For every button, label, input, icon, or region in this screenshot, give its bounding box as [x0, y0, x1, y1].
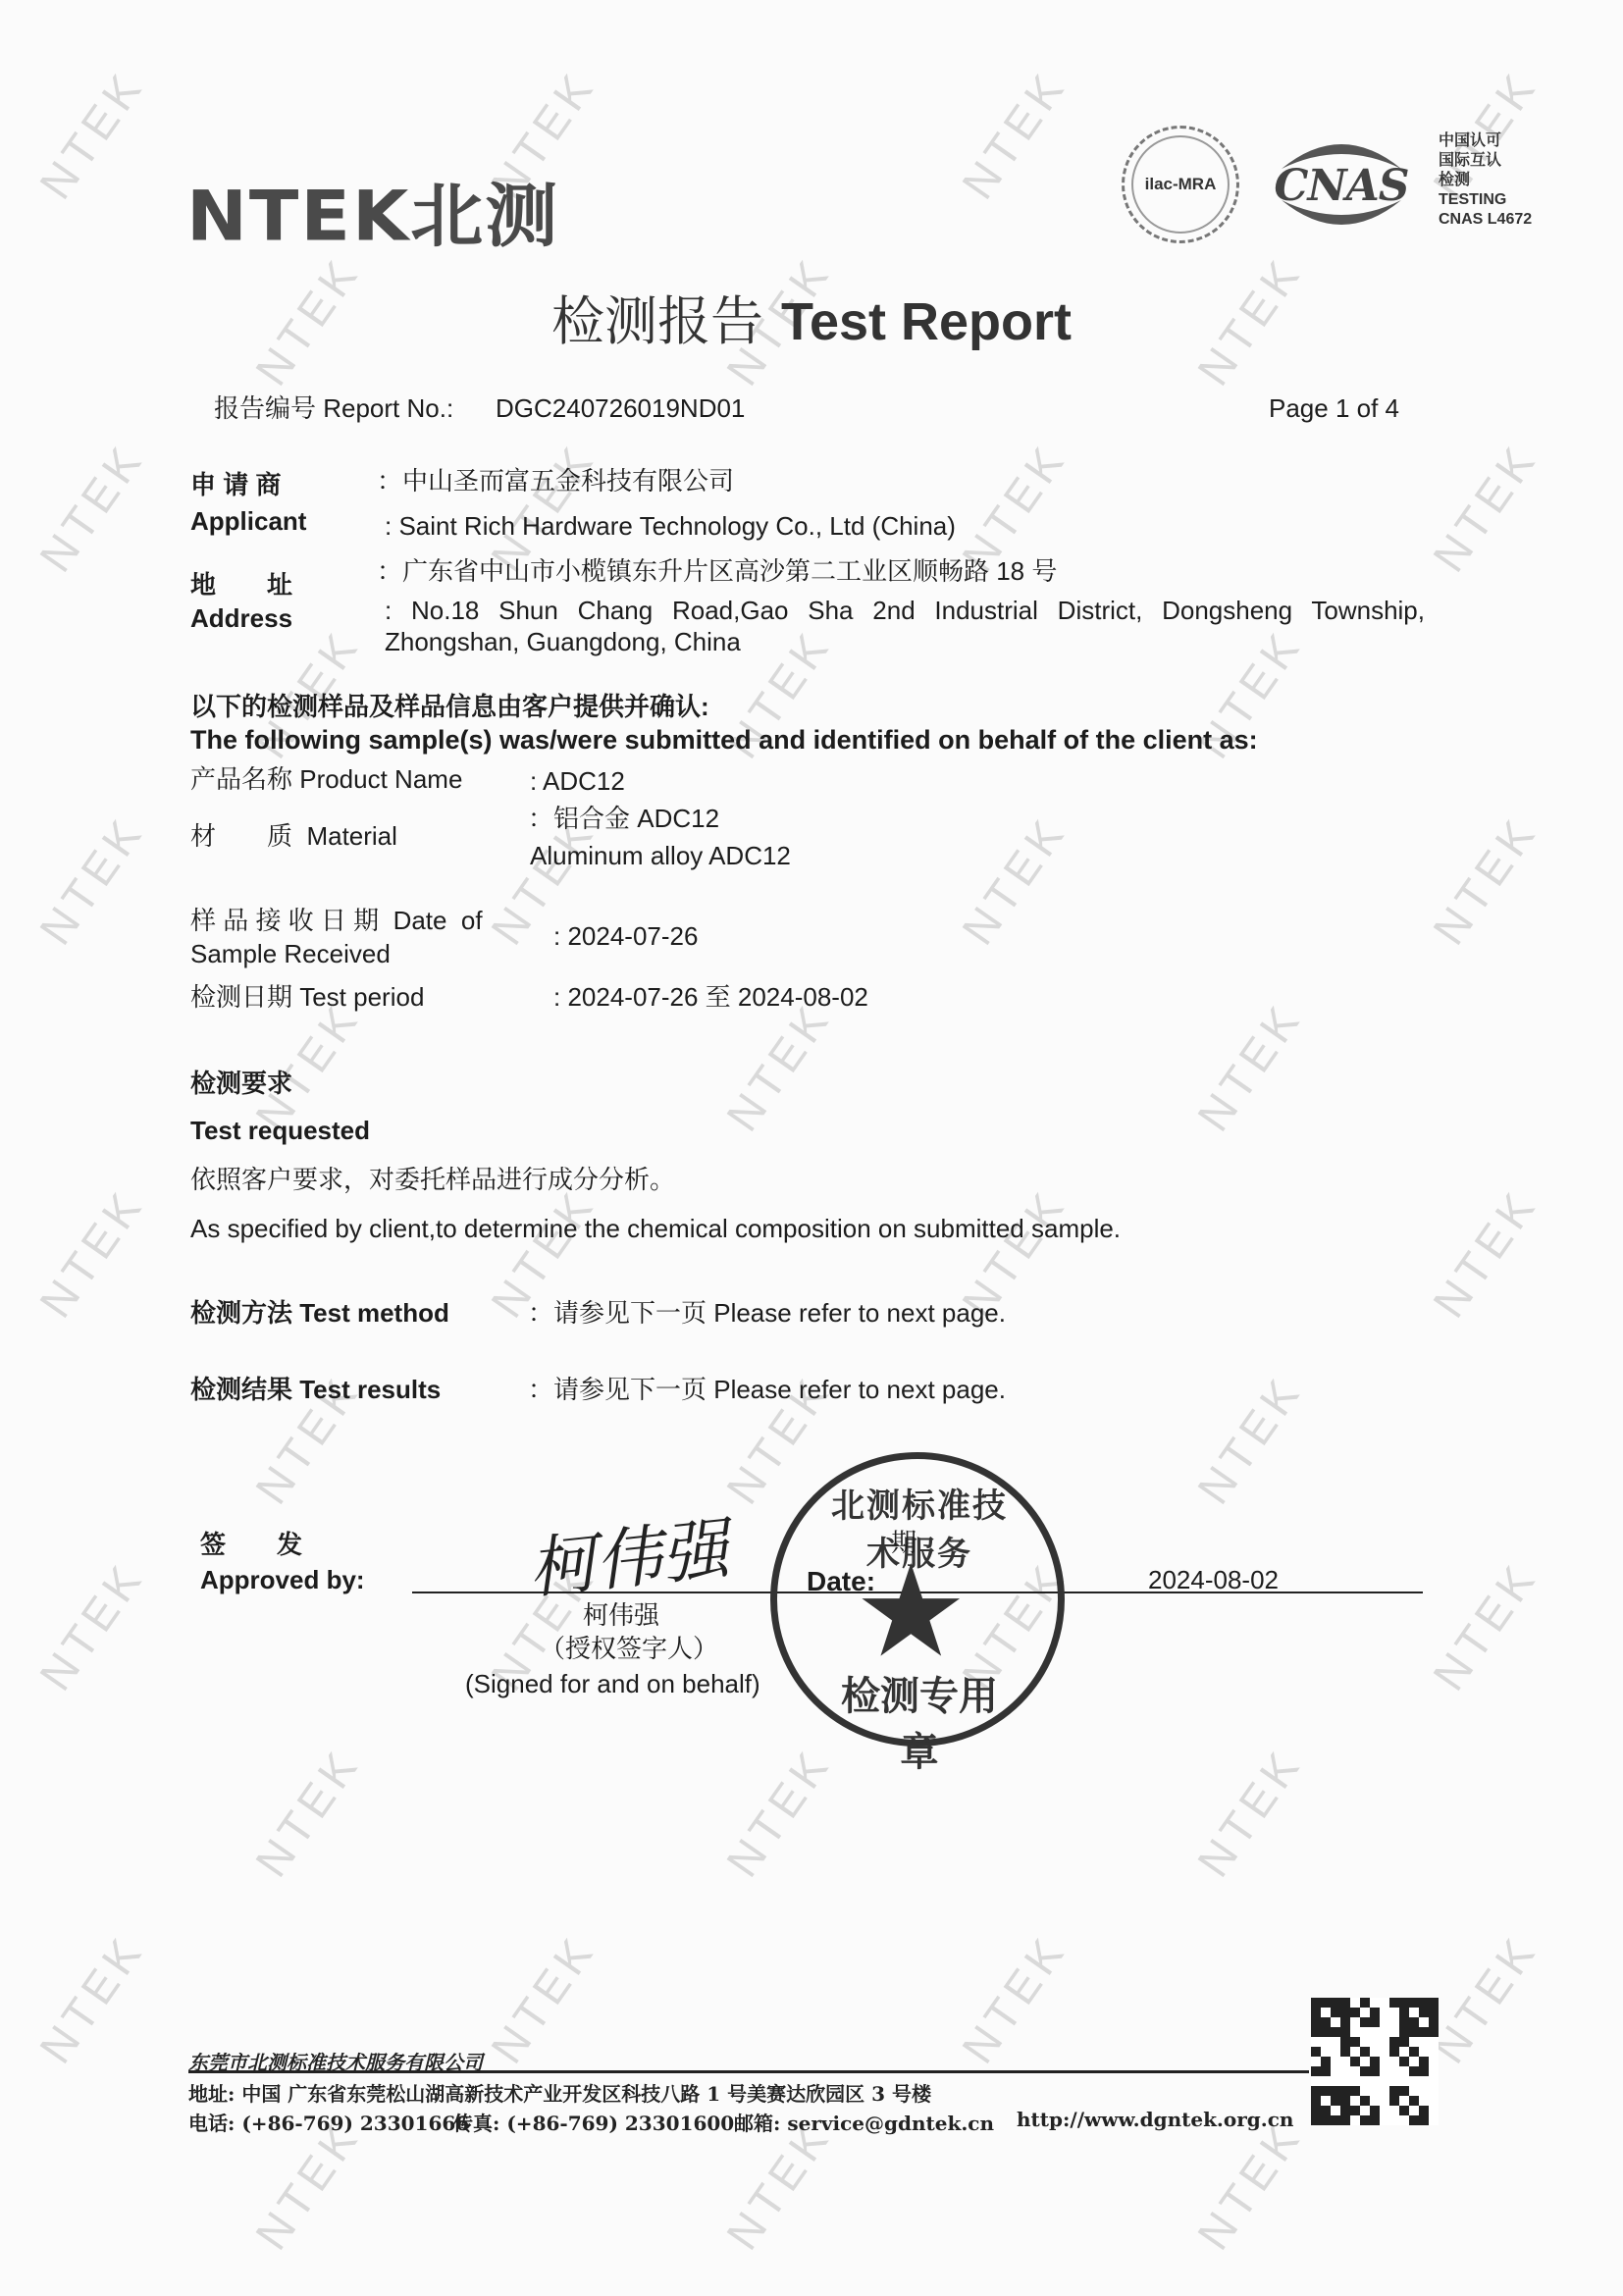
title-en: Test Report [781, 292, 1072, 351]
cnas-logo: CNAS [1272, 130, 1411, 237]
watermark-text: NTEK [28, 1178, 154, 1327]
watermark-text: NTEK [1422, 1178, 1547, 1327]
approved-label-cn: 签 发 [200, 1529, 302, 1560]
footer-email[interactable]: 邮箱: service@gdntek.cn [734, 2108, 994, 2136]
cnas-line: 国际互认 [1439, 151, 1532, 171]
approval-date: 2024-08-02 [1148, 1564, 1279, 1595]
cnas-line: 中国认可 [1439, 131, 1532, 151]
watermark-text: NTEK [951, 1924, 1076, 2072]
cnas-line: 检测 [1439, 171, 1532, 190]
watermark-text: NTEK [28, 60, 154, 208]
watermark-text: NTEK [715, 992, 841, 1140]
test-requested-label-cn: 检测要求 [190, 1068, 292, 1099]
address-label-en: Address [190, 602, 292, 634]
watermark-text: NTEK [1186, 2111, 1312, 2259]
watermark-text: NTEK [1422, 806, 1547, 954]
date-received-label-line2: Sample Received [190, 938, 391, 969]
product-name-value: : ADC12 [530, 765, 625, 797]
footer-website-link[interactable]: http://www.dgntek.org.cn [1017, 2108, 1293, 2131]
address-label-cn: 地 址 [190, 569, 292, 600]
report-number: DGC240726019ND01 [496, 392, 745, 424]
test-period-label: 检测日期 Test period [190, 981, 424, 1013]
watermark-text: NTEK [1186, 992, 1312, 1140]
watermark-text: NTEK [28, 806, 154, 954]
date-label-en: Date: [807, 1566, 875, 1597]
date-label-cn: 期 [891, 1527, 916, 1558]
approved-label-en: Approved by: [200, 1564, 365, 1595]
watermark-text: NTEK [1186, 1738, 1312, 1886]
test-requested-value-cn: 依照客户要求，对委托样品进行成分分析。 [190, 1164, 675, 1195]
test-requested-label-en: Test requested [190, 1115, 370, 1146]
watermark-text: NTEK [1422, 433, 1547, 581]
signer-role: （授权签字人） [540, 1633, 718, 1664]
test-period-value: : 2024-07-26 至 2024-08-02 [553, 981, 868, 1013]
material-value-en: Aluminum alloy ADC12 [530, 840, 791, 871]
footer-email-text[interactable]: 邮箱: service@gdntek.cn [734, 2112, 994, 2135]
cnas-line: TESTING [1439, 190, 1532, 210]
title-cn: 检测报告 [551, 290, 763, 352]
watermark-text: NTEK [480, 1924, 605, 2072]
address-value-cn: ：广东省中山市小榄镇东升片区高沙第二工业区顺畅路 18 号 [377, 555, 1057, 587]
sample-intro-en: The following sample(s) was/were submitt… [190, 724, 1258, 756]
report-number-label: 报告编号 Report No.: [214, 392, 453, 424]
watermark-text: NTEK [28, 1551, 154, 1699]
sample-intro-cn: 以下的检测样品及样品信息由客户提供并确认: [190, 691, 709, 722]
footer-fax: 传真: (+86-769) 23301600 [453, 2108, 734, 2136]
date-received-value: : 2024-07-26 [553, 920, 698, 952]
cnas-accreditation-text: 中国认可 国际互认 检测 TESTING CNAS L4672 [1439, 131, 1532, 230]
watermark-text: NTEK [28, 1924, 154, 2072]
watermark-text: NTEK [1422, 1551, 1547, 1699]
material-value-cn: ：铝合金 ADC12 [528, 803, 719, 834]
date-received-label-line1: 样 品 接 收 日 期 Date of [190, 905, 483, 936]
watermark-text: NTEK [28, 433, 154, 581]
product-name-label: 产品名称 Product Name [190, 763, 462, 795]
seal-bottom-text: 检测专用章 [826, 1665, 1013, 1777]
watermark-text: NTEK [715, 1738, 841, 1886]
test-requested-value-en: As specified by client,to determine the … [190, 1213, 1121, 1244]
test-results-value: ：请参见下一页 Please refer to next page. [528, 1374, 1006, 1405]
page-title: 检测报告Test Report [0, 280, 1623, 355]
qr-code [1311, 1998, 1439, 2125]
applicant-label-cn: 申 请 商 [190, 469, 281, 500]
signer-name: 柯伟强 [583, 1599, 659, 1631]
watermark-text: NTEK [951, 60, 1076, 208]
applicant-value-en: : Saint Rich Hardware Technology Co., Lt… [385, 510, 956, 542]
footer-phone: 电话: (+86-769) 23301666 [188, 2108, 469, 2136]
cnas-label: CNAS [1272, 161, 1411, 211]
company-seal: 北测标准技术服务 ★ 检测专用章 [770, 1452, 1065, 1747]
ilac-mra-label: ilac-MRA [1145, 175, 1217, 194]
address-value-en-line1: : No.18 Shun Chang Road,Gao Sha 2nd Indu… [385, 595, 1425, 626]
signature: 柯伟强 [523, 1496, 732, 1612]
footer-divider [188, 2070, 1309, 2073]
ilac-mra-logo: ilac-MRA [1122, 126, 1239, 243]
test-results-label: 检测结果 Test results [190, 1374, 441, 1405]
footer-address: 地址: 中国 广东省东莞松山湖高新技术产业开发区科技八路 1 号美赛达欣园区 3… [188, 2078, 931, 2107]
applicant-value-cn: ：中山圣而富五金科技有限公司 [377, 465, 734, 496]
signer-note: (Signed for and on behalf) [465, 1668, 760, 1699]
watermark-text: NTEK [951, 806, 1076, 954]
ntek-logo: NTEK北测 [186, 162, 559, 261]
address-value-en-line2: Zhongshan, Guangdong, China [385, 626, 741, 657]
applicant-label-en: Applicant [190, 505, 306, 537]
page-indicator: Page 1 of 4 [1269, 392, 1399, 424]
watermark-text: NTEK [244, 1738, 370, 1886]
material-label: 材 质 Material [190, 820, 397, 852]
cnas-line: CNAS L4672 [1439, 210, 1532, 230]
watermark-text: NTEK [1422, 1924, 1547, 2072]
watermark-text: NTEK [1186, 1365, 1312, 1513]
test-method-value: ：请参见下一页 Please refer to next page. [528, 1297, 1006, 1329]
test-method-label: 检测方法 Test method [190, 1297, 449, 1329]
